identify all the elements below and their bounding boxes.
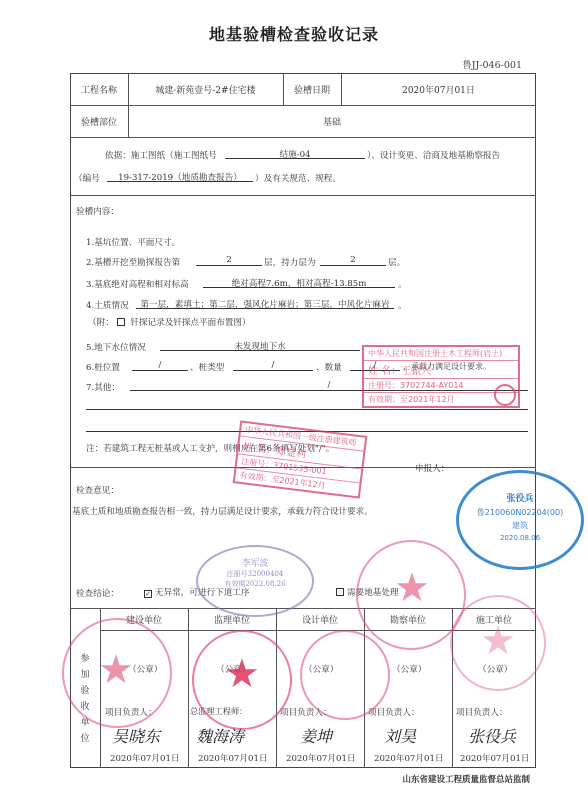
form-code: 鲁JJ-046-001 <box>462 57 522 71</box>
signature: 魏海涛 <box>196 724 244 747</box>
soil-condition-value: 第一层，素填土；第二层，强风化片麻岩；第三层，中风化片麻岩 <box>136 298 394 309</box>
person-label: 项目负责人： <box>280 706 332 718</box>
divider <box>70 137 536 138</box>
person-label: 项目负责人： <box>368 706 420 718</box>
content-item-1: 1.基坑位置、平面尺寸。 <box>86 236 180 248</box>
seal-label: （公章） <box>128 663 162 675</box>
option-treat-label: 需要地基处理 <box>347 588 399 598</box>
content-item-5-prefix: 5.地下水位情况 <box>86 341 146 353</box>
inspection-date-label: 验槽日期 <box>283 73 341 105</box>
content-item-2-mid: 层，持力层为 <box>264 256 316 268</box>
applicant-label: 申报人： <box>415 462 449 474</box>
document-title: 地基验槽检查验收记录 <box>0 22 588 45</box>
person-label: 项目负责人： <box>105 706 157 718</box>
sign-date: 2020年07月01日 <box>460 752 530 764</box>
blank-line <box>86 409 528 410</box>
option-treat-checkbox[interactable] <box>336 588 344 596</box>
footer-issuer: 山东省建设工程质量监督总站监制 <box>402 773 530 785</box>
divider <box>452 608 453 768</box>
content-item-2-suffix: 层。 <box>388 256 405 268</box>
divider <box>100 630 536 631</box>
unit-name-survey: 勘察单位 <box>364 608 452 630</box>
attachment-line: （附： 钎探记录及钎探点平面布置图） <box>88 316 251 328</box>
option-normal-checkbox[interactable]: ✓ <box>144 590 152 598</box>
seal-label: （公章） <box>478 663 512 675</box>
project-name-value: 城建·新苑壹号-2#住宅楼 <box>128 73 283 105</box>
pile-quantity-value: / <box>350 360 400 371</box>
unit-name-design: 设计单位 <box>276 608 364 630</box>
conclusion-label: 检查结论： <box>76 587 119 599</box>
sign-date: 2020年07月01日 <box>198 752 268 764</box>
opinion-text: 基底土质和地质勘查报告相一致，持力层满足设计要求，承载力符合设计要求。 <box>72 505 373 517</box>
basis-line1-prefix: 依据：施工图纸（施工图纸号 <box>105 149 217 161</box>
seal-label: （公章） <box>216 663 250 675</box>
pile-quantity-label: 、数量 <box>316 361 342 373</box>
unit-name-construction: 建设单位 <box>100 608 188 630</box>
other-label: 7.其他： <box>86 381 120 393</box>
attachment-label: 钎探记录及钎探点平面布置图） <box>130 318 250 328</box>
option-normal[interactable]: ✓无异常，可进行下道工序 <box>144 586 250 598</box>
other-value: / <box>130 380 528 391</box>
pile-type-label: 、桩类型 <box>190 361 224 373</box>
content-heading: 验槽内容： <box>76 205 119 217</box>
content-item-4-prefix: 4.土质情况 <box>86 299 129 311</box>
signature: 刘昊 <box>384 724 416 747</box>
participating-units-label: 参 加 验 收 单 位 <box>70 632 100 766</box>
option-normal-label: 无异常，可进行下道工序 <box>155 588 250 598</box>
content-item-3-prefix: 3.基底绝对高程和相对标高 <box>86 278 189 290</box>
unit-name-supervision: 监理单位 <box>188 608 276 630</box>
divider <box>188 608 189 768</box>
inspection-part-label: 验槽部位 <box>70 105 128 137</box>
blank-line <box>86 431 528 432</box>
project-name-label: 工程名称 <box>70 73 128 105</box>
excavation-layer: 2 <box>196 255 262 266</box>
person-label: 项目负责人： <box>456 706 508 718</box>
elevation-value: 绝对高程7.6m，相对高程-13.85m <box>203 277 395 288</box>
pile-position-label: 6.桩位置 <box>86 361 120 373</box>
signature: 姜坤 <box>300 724 332 747</box>
bearing-layer: 2 <box>320 255 386 266</box>
basis-line1-suffix: ）、设计变更、洽商及地基勘察报告 <box>367 149 500 161</box>
divider <box>70 467 536 468</box>
basis-line2-prefix: （编号 <box>74 172 100 184</box>
content-item-2-prefix: 2.基槽开挖至勘探报告第 <box>86 256 180 268</box>
sign-date: 2020年07月01日 <box>286 752 356 764</box>
basis-line2-suffix: ）及有关规范、规程。 <box>255 172 341 184</box>
groundwater-value: 未发现地下水 <box>160 340 360 351</box>
pile-position-value: / <box>132 360 188 371</box>
divider <box>70 195 536 196</box>
content-item-6-suffix: ，承载力满足设计要求。 <box>403 361 491 372</box>
option-treat[interactable]: 需要地基处理 <box>336 586 399 598</box>
content-item-4-suffix: 。 <box>398 299 407 311</box>
sign-date: 2020年07月01日 <box>374 752 444 764</box>
pile-type-value: / <box>233 360 313 371</box>
signature: 张役兵 <box>468 724 516 747</box>
sign-date: 2020年07月01日 <box>110 752 180 764</box>
drawing-number: 结施-04 <box>225 148 365 159</box>
seal-label: （公章） <box>392 663 426 675</box>
inspection-part-value: 基础 <box>128 105 536 137</box>
attachment-checkbox[interactable] <box>117 318 125 326</box>
unit-name-contractor: 施工单位 <box>452 608 536 630</box>
content-note: 注：若建筑工程无桩基或人工支护，则相应在第6条填写处划"/"。 <box>86 442 334 454</box>
inspection-date-value: 2020年07月01日 <box>341 73 536 105</box>
divider <box>364 608 365 768</box>
opinion-label: 检查意见： <box>76 484 119 496</box>
person-label: 总监理工程师： <box>190 706 247 717</box>
content-item-3-suffix: 。 <box>398 278 407 290</box>
divider <box>276 608 277 768</box>
attachment-prefix: （附： <box>88 318 114 328</box>
divider <box>100 608 101 768</box>
report-number: 19-317-2019（地质勘查报告） <box>107 171 253 182</box>
seal-label: （公章） <box>304 663 338 675</box>
signature: 吴晓东 <box>112 724 160 747</box>
